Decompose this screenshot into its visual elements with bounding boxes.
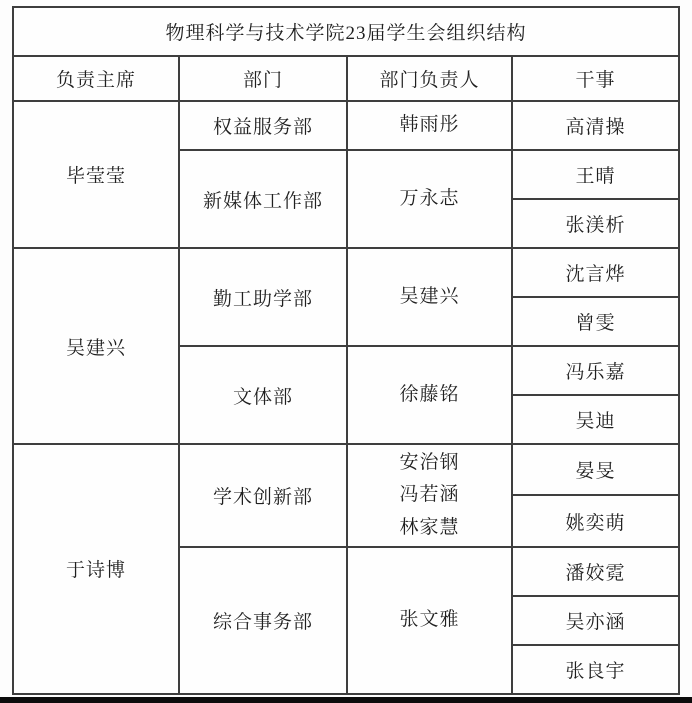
- column-header-officer: 干事: [512, 56, 679, 101]
- head-cell: 韩雨彤: [347, 101, 512, 150]
- title-row: 物理科学与技术学院23届学生会组织结构: [13, 7, 679, 56]
- header-row: 负责主席 部门 部门负责人 干事: [13, 56, 679, 101]
- officer-cell: 张渼析: [512, 199, 679, 248]
- officer-cell: 张良宇: [512, 645, 679, 694]
- chair-cell: 毕莹莹: [13, 101, 179, 248]
- column-header-department: 部门: [179, 56, 347, 101]
- department-cell: 勤工助学部: [179, 248, 347, 346]
- officer-cell: 高清操: [512, 101, 679, 150]
- page: 物理科学与技术学院23届学生会组织结构 负责主席 部门 部门负责人 干事 毕莹莹…: [0, 0, 692, 703]
- officer-cell: 潘姣霓: [512, 547, 679, 596]
- chair-cell: 吴建兴: [13, 248, 179, 444]
- department-cell: 学术创新部: [179, 444, 347, 547]
- department-cell: 权益服务部: [179, 101, 347, 150]
- table-row: 毕莹莹 权益服务部 韩雨彤 高清操: [13, 101, 679, 150]
- chair-cell: 于诗博: [13, 444, 179, 694]
- officer-cell: 晏旻: [512, 444, 679, 495]
- department-cell: 文体部: [179, 346, 347, 444]
- officer-cell: 吴迪: [512, 395, 679, 444]
- officer-cell: 王晴: [512, 150, 679, 199]
- table-row: 吴建兴 勤工助学部 吴建兴 沈言烨: [13, 248, 679, 297]
- org-structure-table: 物理科学与技术学院23届学生会组织结构 负责主席 部门 部门负责人 干事 毕莹莹…: [12, 6, 680, 695]
- column-header-head: 部门负责人: [347, 56, 512, 101]
- officer-cell: 沈言烨: [512, 248, 679, 297]
- head-cell: 吴建兴: [347, 248, 512, 346]
- officer-cell: 曾雯: [512, 297, 679, 346]
- table-title: 物理科学与技术学院23届学生会组织结构: [13, 7, 679, 56]
- bottom-border-bar: [0, 697, 692, 703]
- table-row: 于诗博 学术创新部 安治钢 冯若涵 林家慧 晏旻: [13, 444, 679, 495]
- head-cell: 安治钢 冯若涵 林家慧: [347, 444, 512, 547]
- head-cell: 徐藤铭: [347, 346, 512, 444]
- department-cell: 综合事务部: [179, 547, 347, 694]
- officer-cell: 冯乐嘉: [512, 346, 679, 395]
- head-cell: 万永志: [347, 150, 512, 248]
- column-header-chair: 负责主席: [13, 56, 179, 101]
- officer-cell: 吴亦涵: [512, 596, 679, 645]
- head-cell: 张文雅: [347, 547, 512, 694]
- officer-cell: 姚奕萌: [512, 495, 679, 546]
- department-cell: 新媒体工作部: [179, 150, 347, 248]
